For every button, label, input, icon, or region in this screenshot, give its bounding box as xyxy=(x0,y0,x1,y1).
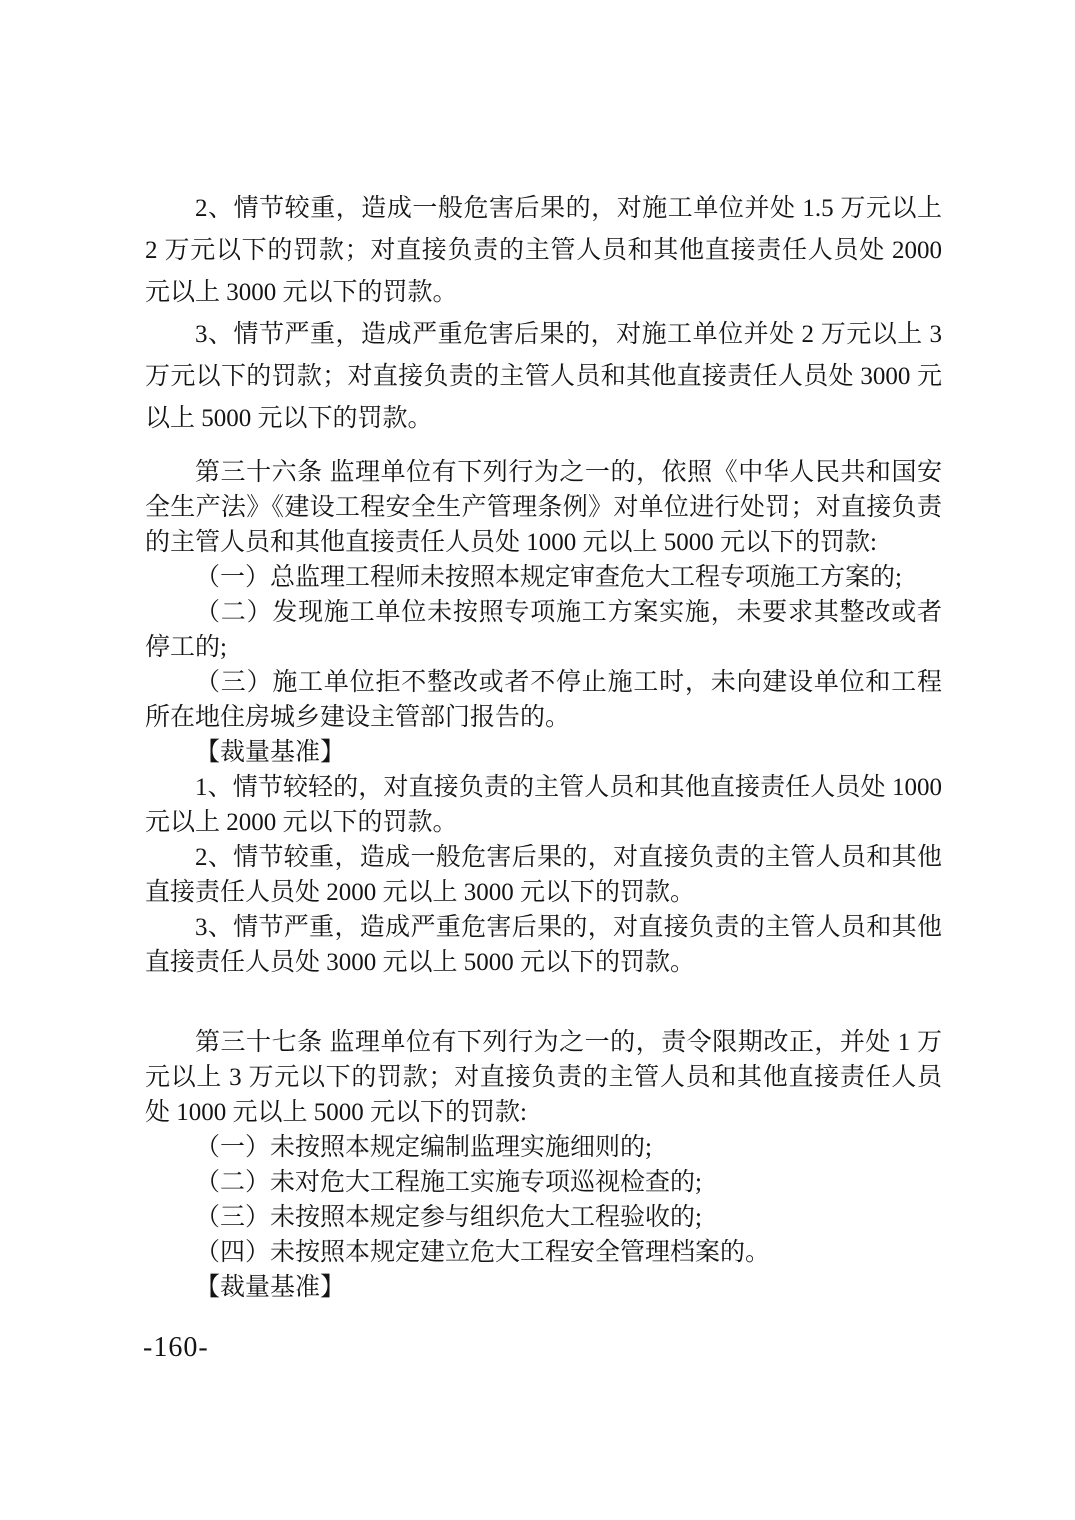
article-37-item-4: （四）未按照本规定建立危大工程安全管理档案的。 xyxy=(145,1235,942,1270)
article-36-discretion-heading: 【裁量基准】 xyxy=(145,735,942,770)
article-36-discretion-item-2: 2、情节较重，造成一般危害后果的，对直接负责的主管人员和其他直接责任人员处 20… xyxy=(145,840,942,910)
article-36-item-1: （一）总监理工程师未按照本规定审查危大工程专项施工方案的; xyxy=(145,560,942,595)
section-prior-article-discretion-items: 2、情节较重，造成一般危害后果的，对施工单位并处 1.5 万元以上 2 万元以下… xyxy=(145,188,942,440)
page-number: -160- xyxy=(143,1330,209,1366)
document-page: 2、情节较重，造成一般危害后果的，对施工单位并处 1.5 万元以上 2 万元以下… xyxy=(0,0,1075,1520)
penalty-item-severe: 3、情节严重，造成严重危害后果的，对施工单位并处 2 万元以上 3 万元以下的罚… xyxy=(145,314,942,440)
article-36-item-3: （三）施工单位拒不整改或者不停止施工时，未向建设单位和工程所在地住房城乡建设主管… xyxy=(145,665,942,735)
article-37-intro: 第三十七条 监理单位有下列行为之一的，责令限期改正，并处 1 万元以上 3 万元… xyxy=(145,1025,942,1130)
article-37-discretion-heading: 【裁量基准】 xyxy=(145,1270,942,1305)
article-37-item-2: （二）未对危大工程施工实施专项巡视检查的; xyxy=(145,1165,942,1200)
penalty-item-moderate: 2、情节较重，造成一般危害后果的，对施工单位并处 1.5 万元以上 2 万元以下… xyxy=(145,188,942,314)
article-37-item-1: （一）未按照本规定编制监理实施细则的; xyxy=(145,1130,942,1165)
article-36-discretion-item-3: 3、情节严重，造成严重危害后果的，对直接负责的主管人员和其他直接责任人员处 30… xyxy=(145,910,942,980)
article-36-item-2: （二）发现施工单位未按照专项施工方案实施，未要求其整改或者停工的; xyxy=(145,595,942,665)
article-36-discretion-item-1: 1、情节较轻的，对直接负责的主管人员和其他直接责任人员处 1000 元以上 20… xyxy=(145,770,942,840)
article-37-item-3: （三）未按照本规定参与组织危大工程验收的; xyxy=(145,1200,942,1235)
article-36-intro: 第三十六条 监理单位有下列行为之一的，依照《中华人民共和国安全生产法》《建设工程… xyxy=(145,455,942,560)
section-article-37: 第三十七条 监理单位有下列行为之一的，责令限期改正，并处 1 万元以上 3 万元… xyxy=(145,1025,942,1305)
section-article-36: 第三十六条 监理单位有下列行为之一的，依照《中华人民共和国安全生产法》《建设工程… xyxy=(145,455,942,980)
